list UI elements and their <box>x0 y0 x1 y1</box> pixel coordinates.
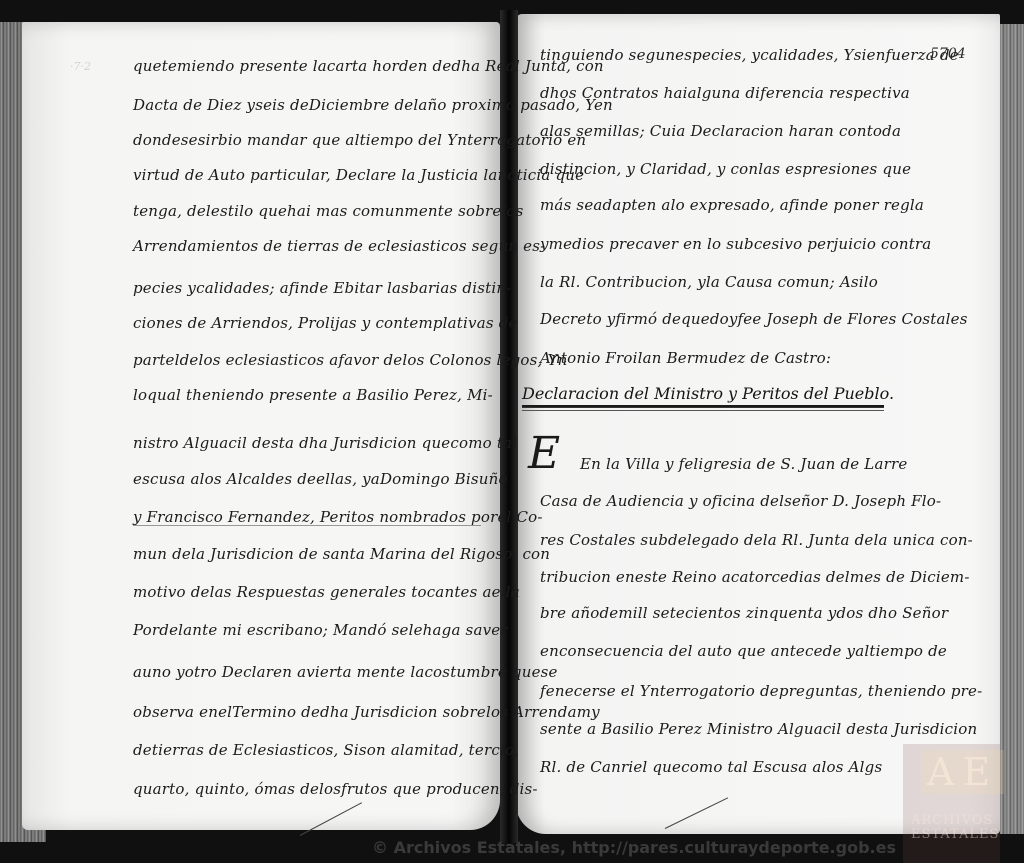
logo-monogram: AE <box>921 750 1004 794</box>
manuscript-scan: ·7·2 quetemiendo presente lacarta horden… <box>0 0 1024 863</box>
manuscript-line: alas semillas; Cuia Declaracion haran co… <box>540 122 901 140</box>
manuscript-line: Antonio Froilan Bermudez de Castro: <box>540 349 831 367</box>
manuscript-line: tinguiendo segunespecies, ycalidades, Ys… <box>540 46 959 64</box>
manuscript-line: detierras de Eclesiasticos, Sison alamit… <box>133 741 519 759</box>
faint-bleedthrough-number: ·7·2 <box>70 60 91 73</box>
manuscript-line: quetemiendo presente lacarta horden dedh… <box>133 57 604 75</box>
manuscript-line: Decreto yfirmó dequedoyfee Joseph de Flo… <box>540 310 968 328</box>
manuscript-line: ciones de Arriendos, Prolijas y contempl… <box>133 314 518 332</box>
copyright-watermark: © Archivos Estatales, http://pares.cultu… <box>372 838 896 857</box>
manuscript-line: En la Villa y feligresia de S. Juan de L… <box>580 455 907 473</box>
manuscript-line: Pordelante mi escribano; Mandó selehaga … <box>133 621 508 639</box>
manuscript-line: auno yotro Declaren avierta mente lacost… <box>133 663 558 681</box>
manuscript-line: tenga, delestilo quehai mas comunmente s… <box>133 202 524 220</box>
manuscript-line: Casa de Audiencia y oficina delseñor D. … <box>540 492 941 510</box>
manuscript-line: sente a Basilio Perez Ministro Alguacil … <box>540 720 977 738</box>
manuscript-line: loqual theniendo presente a Basilio Pere… <box>133 386 493 404</box>
manuscript-line: observa enelTermino dedha Jurisdicion so… <box>133 703 600 721</box>
manuscript-line: motivo delas Respuestas generales tocant… <box>133 583 520 601</box>
right-page-edges <box>1000 24 1024 834</box>
manuscript-line: y Francisco Fernandez, Peritos nombrados… <box>133 508 543 526</box>
manuscript-line: ymedios precaver en lo subcesivo perjuic… <box>540 235 931 253</box>
manuscript-line: dhos Contratos haialguna diferencia resp… <box>540 84 910 102</box>
manuscript-line: escusa alos Alcaldes deellas, yaDomingo … <box>133 470 508 488</box>
text-underline <box>133 525 481 526</box>
manuscript-line: tribucion eneste Reino acatorcedias delm… <box>540 568 970 586</box>
manuscript-line: Rl. de Canriel quecomo tal Escusa alos A… <box>540 758 882 776</box>
manuscript-line: bre añodemill setecientos zinquenta ydos… <box>540 604 948 622</box>
manuscript-line: más seadapten alo expresado, afinde pone… <box>540 196 924 214</box>
manuscript-line: res Costales subdelegado dela Rl. Junta … <box>540 531 973 549</box>
manuscript-line: fenecerse el Ynterrogatorio depreguntas,… <box>540 682 982 700</box>
heading-underline <box>522 405 884 408</box>
manuscript-line: parteldelos eclesiasticos afavor delos C… <box>133 351 567 369</box>
decorative-initial: E <box>528 432 560 476</box>
logo-text-line: ARCHIVOS <box>911 814 999 828</box>
manuscript-line: mun dela Jurisdicion de santa Marina del… <box>133 545 550 563</box>
manuscript-line: dondesesirbio mandar que altiempo del Yn… <box>133 131 586 149</box>
manuscript-line: distincion, y Claridad, y conlas espresi… <box>540 160 911 178</box>
logo-text-line: ESTATALES <box>911 828 999 842</box>
manuscript-line: la Rl. Contribucion, yla Causa comun; As… <box>540 273 878 291</box>
manuscript-line: nistro Alguacil desta dha Jurisdicion qu… <box>133 434 517 452</box>
archivos-estatales-logo: AE ARCHIVOS ESTATALES <box>903 744 1000 863</box>
manuscript-line: quarto, quinto, ómas delosfrutos que pro… <box>133 780 538 798</box>
manuscript-line: virtud de Auto particular, Declare la Ju… <box>133 166 584 184</box>
manuscript-line: Arrendamientos de tierras de eclesiastic… <box>133 237 545 255</box>
logo-wordmark: ARCHIVOS ESTATALES <box>911 814 999 842</box>
heading-underline-secondary <box>522 410 884 411</box>
section-heading: Declaracion del Ministro y Peritos del P… <box>522 384 894 403</box>
manuscript-line: pecies ycalidades; afinde Ebitar lasbari… <box>133 279 511 297</box>
manuscript-line: enconsecuencia del auto que antecede yal… <box>540 642 947 660</box>
